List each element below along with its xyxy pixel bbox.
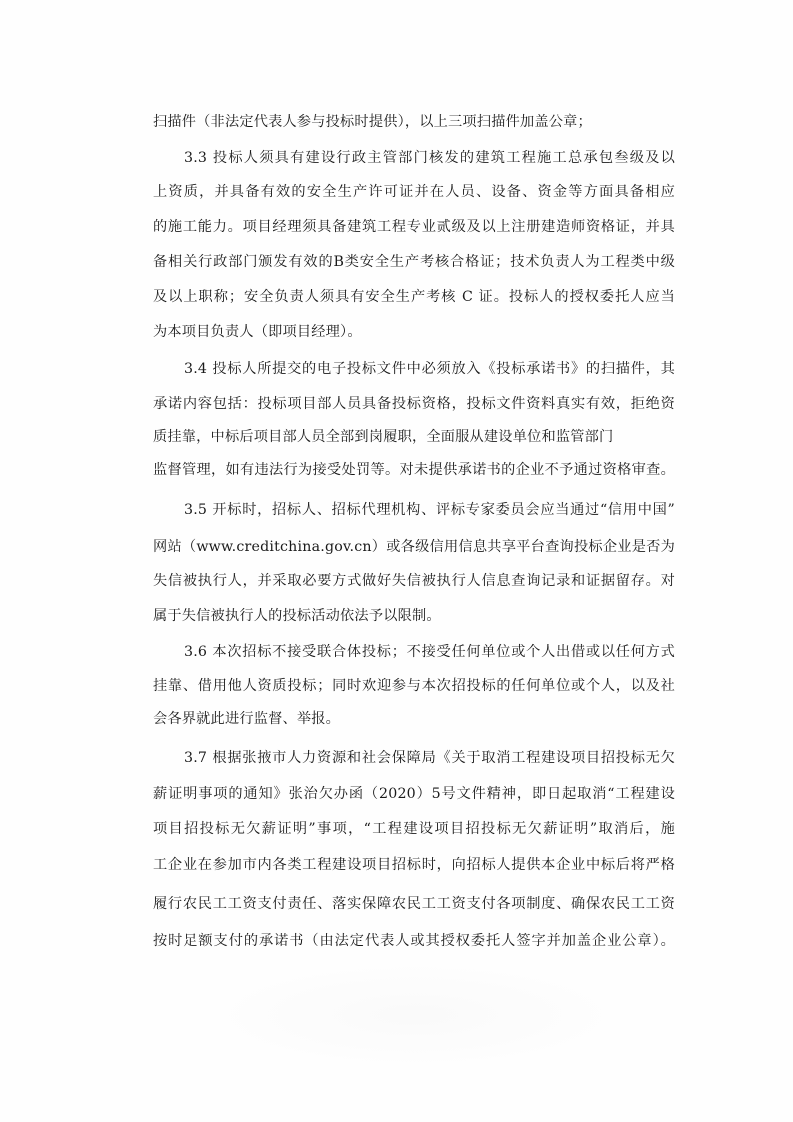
clause-3-4-line-3: 质挂靠，中标后项目部人员全部到岗履职，全面服从建设单位和监管部门 [153,426,675,448]
clause-3-7-line-4: 工企业在参加市内各类工程建设项目招标时，向招标人提供本企业中标后将严格 [153,854,675,876]
scan-noise-area [200,960,630,1070]
clause-3-5-line-2: 网站（www.creditchina.gov.cn）或各级信用信息共享平台查询投… [153,536,675,558]
clause-3-7-line-2: 薪证明事项的通知》张治欠办函（2020）5号文件精神，即日起取消“工程建设 [153,783,675,805]
clause-3-7-line-6: 按时足额支付的承诺书（由法定代表人或其授权委托人签字并加盖企业公章）。 [153,930,675,952]
clause-3-6-line-2: 挂靠、借用他人资质投标；同时欢迎参与本次招投标的任何单位或个人，以及社 [153,675,675,697]
clause-3-4-line-4: 监督管理，如有违法行为接受处罚等。对未提供承诺书的企业不予通过资格审查。 [153,459,675,481]
clause-3-7-line-3: 项目招投标无欠薪证明”事项，“工程建设项目招投标无欠薪证明”取消后，施 [153,818,675,840]
clause-3-3-line-1: 3.3 投标人须具有建设行政主管部门核发的建筑工程施工总承包叁级及以 [184,147,675,169]
clause-3-7-line-1: 3.7 根据张掖市人力资源和社会保障局《关于取消工程建设项目招投标无欠 [184,747,675,769]
clause-3-5-line-3: 失信被执行人，并采取必要方式做好失信被执行人信息查询记录和证据留存。对 [153,570,675,592]
document-page: 扫描件（非法定代表人参与投标时提供），以上三项扫描件加盖公章； 3.3 投标人须… [0,0,793,1122]
clause-3-5-line-4: 属于失信被执行人的投标活动依法予以限制。 [153,605,675,627]
clause-3-6-line-1: 3.6 本次招标不接受联合体投标；不接受任何单位或个人出借或以任何方式 [184,641,675,663]
clause-3-3-line-2: 上资质，并具备有效的安全生产许可证并在人员、设备、资金等方面具备相应 [153,181,675,203]
clause-3-3-line-6: 为本项目负责人（即项目经理）。 [153,321,675,343]
clause-3-5-line-1: 3.5 开标时，招标人、招标代理机构、评标专家委员会应当通过“信用中国” [184,499,675,521]
clause-3-3-line-3: 的施工能力。项目经理须具备建筑工程专业贰级及以上注册建造师资格证，并具 [153,216,675,238]
clause-3-7-line-5: 履行农民工工资支付责任、落实保障农民工工资支付各项制度、确保农民工工资 [153,893,675,915]
clause-3-4-line-2: 承诺内容包括：投标项目部人员具备投标资格，投标文件资料真实有效，拒绝资 [153,393,675,415]
clause-3-6-line-3: 会各界就此进行监督、举报。 [153,708,675,730]
clause-3-3-line-5: 及以上职称；安全负责人须具有安全生产考核 C 证。投标人的授权委托人应当 [153,286,675,308]
paragraph-continuation-line-1: 扫描件（非法定代表人参与投标时提供），以上三项扫描件加盖公章； [153,111,675,133]
clause-3-3-line-4: 备相关行政部门颁发有效的B类安全生产考核合格证；技术负责人为工程类中级 [153,251,675,273]
clause-3-4-line-1: 3.4 投标人所提交的电子投标文件中必须放入《投标承诺书》的扫描件，其 [184,358,675,380]
